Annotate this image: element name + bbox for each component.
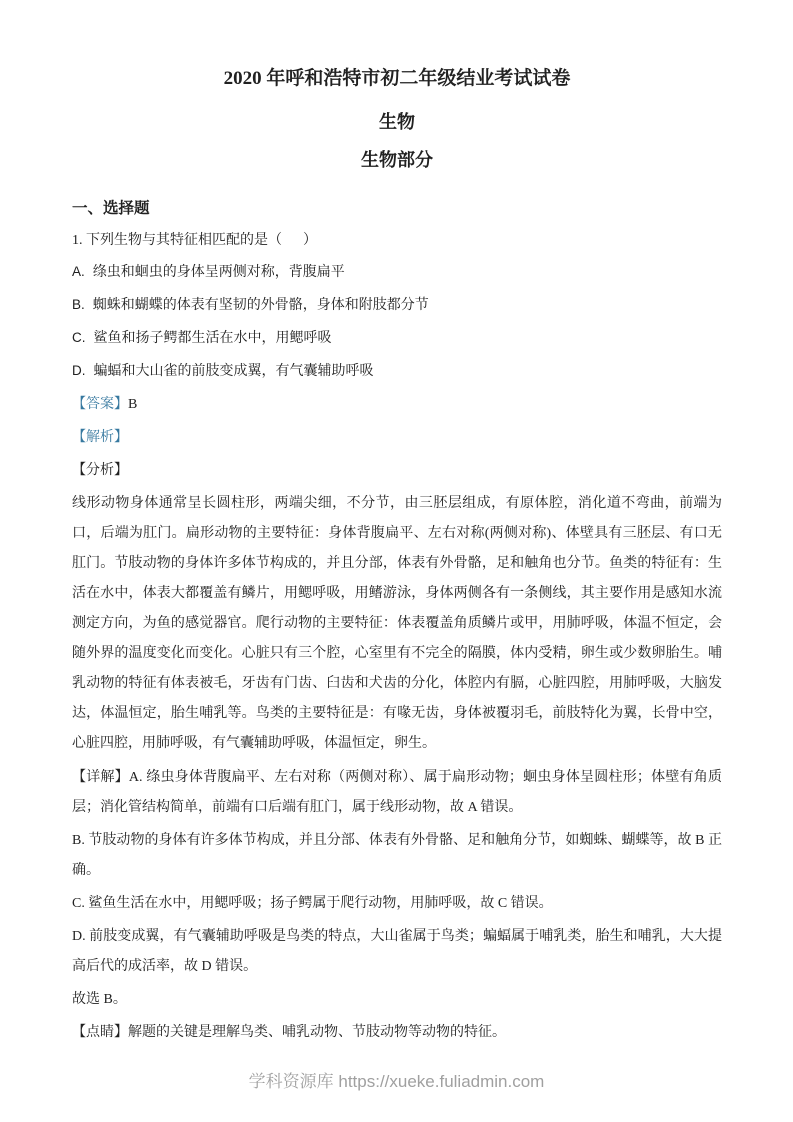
exam-subject: 生物 <box>72 110 722 134</box>
conclusion-line: 故选 B。 <box>72 985 722 1015</box>
option-c: C.鲨鱼和扬子鳄都生活在水中，用鳃呼吸 <box>72 322 722 355</box>
option-a-label: A. <box>72 264 85 279</box>
answer-value: B <box>128 397 137 412</box>
detail-block: 【详解】A. 绦虫身体背腹扁平、左右对称（两侧对称）、属于扁形动物；蛔虫身体呈圆… <box>72 763 722 982</box>
options-list: A.绦虫和蛔虫的身体呈两侧对称，背腹扁平 B.蜘蛛和蝴蝶的体表有坚韧的外骨骼，身… <box>72 256 722 388</box>
analysis-paragraph: 线形动物身体通常呈长圆柱形，两端尖细，不分节，由三胚层组成，有原体腔，消化道不弯… <box>72 489 722 759</box>
option-a-text: 绦虫和蛔虫的身体呈两侧对称，背腹扁平 <box>93 265 345 280</box>
dianjing-row: 【点睛】解题的关键是理解鸟类、哺乳动物、节肢动物等动物的特征。 <box>72 1018 722 1048</box>
exam-title: 2020 年呼和浩特市初二年级结业考试试卷 <box>72 66 722 92</box>
jiexi-tag: 【解析】 <box>72 430 128 445</box>
option-b-label: B. <box>72 297 85 312</box>
detail-paragraph-c: C. 鲨鱼生活在水中，用鳃呼吸；扬子鳄属于爬行动物，用肺呼吸，故 C 错误。 <box>72 889 722 919</box>
detail-paragraph-d: D. 前肢变成翼，有气囊辅助呼吸是鸟类的特点，大山雀属于鸟类；蝙蝠属于哺乳类，胎… <box>72 922 722 982</box>
question-1-stem: 1. 下列生物与其特征相匹配的是（ ） <box>72 230 722 252</box>
dianjing-tag: 【点睛】 <box>72 1025 128 1040</box>
exam-document: 2020 年呼和浩特市初二年级结业考试试卷 生物 生物部分 一、选择题 1. 下… <box>0 0 793 1048</box>
option-d-label: D. <box>72 363 86 378</box>
option-d: D.蝙蝠和大山雀的前肢变成翼，有气囊辅助呼吸 <box>72 355 722 388</box>
question-number: 1. <box>72 233 83 248</box>
dianjing-text: 解题的关键是理解鸟类、哺乳动物、节肢动物等动物的特征。 <box>128 1025 506 1040</box>
fenxi-row: 【分析】 <box>72 454 722 487</box>
option-b-text: 蜘蛛和蝴蝶的体表有坚韧的外骨骼，身体和附肢都分节 <box>93 298 429 313</box>
option-c-text: 鲨鱼和扬子鳄都生活在水中，用鳃呼吸 <box>94 331 332 346</box>
watermark-footer: 学科资源库 https://xueke.fuliadmin.com <box>0 1067 793 1092</box>
answer-row: 【答案】B <box>72 388 722 421</box>
part-heading-choice-questions: 一、选择题 <box>72 198 722 220</box>
detail-paragraph-b: B. 节肢动物的身体有许多体节构成，并且分部、体表有外骨骼、足和触角分节，如蜘蛛… <box>72 826 722 886</box>
option-b: B.蜘蛛和蝴蝶的体表有坚韧的外骨骼，身体和附肢都分节 <box>72 289 722 322</box>
option-c-label: C. <box>72 330 86 345</box>
jiexi-row: 【解析】 <box>72 421 722 454</box>
detail-tag: 【详解】 <box>72 770 129 785</box>
document-page: 2020 年呼和浩特市初二年级结业考试试卷 生物 生物部分 一、选择题 1. 下… <box>0 0 793 1122</box>
detail-paragraph-a: 【详解】A. 绦虫身体背腹扁平、左右对称（两侧对称）、属于扁形动物；蛔虫身体呈圆… <box>72 763 722 823</box>
option-d-text: 蝙蝠和大山雀的前肢变成翼，有气囊辅助呼吸 <box>94 364 374 379</box>
detail-a-text: A. 绦虫身体背腹扁平、左右对称（两侧对称）、属于扁形动物；蛔虫身体呈圆柱形；体… <box>72 770 722 815</box>
answer-tag: 【答案】 <box>72 397 128 412</box>
exam-section-title: 生物部分 <box>72 148 722 172</box>
fenxi-tag: 【分析】 <box>72 463 128 478</box>
option-a: A.绦虫和蛔虫的身体呈两侧对称，背腹扁平 <box>72 256 722 289</box>
question-text: 下列生物与其特征相匹配的是（ ） <box>86 233 317 248</box>
